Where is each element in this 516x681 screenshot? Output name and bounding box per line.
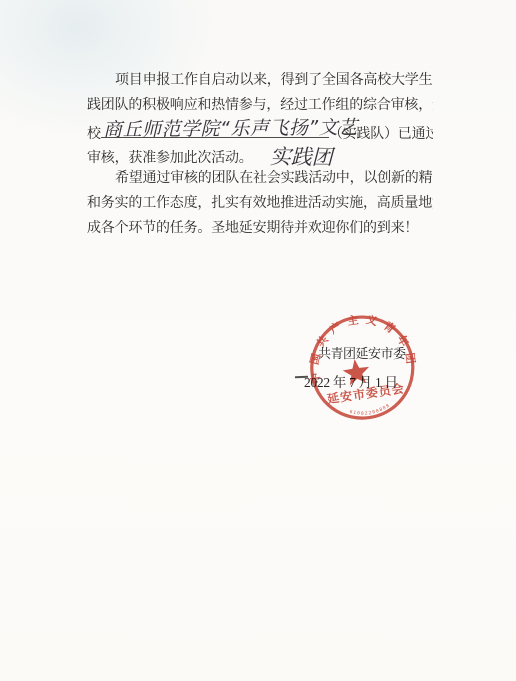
body-line-1: 项目申报工作自启动以来，得到了全国各高校大学生实 (87, 69, 433, 94)
scanned-letter-page: 项目申报工作自启动以来，得到了全国各高校大学生实 践团队的积极响应和热情参与，经… (0, 0, 516, 681)
body-line-7: 成各个环节的任务。圣地延安期待并欢迎你们的到来！ (87, 217, 433, 242)
seal-ring-text-holder: 中国共产主义青年团 (306, 312, 419, 385)
line3-prefix-text: 校 (87, 123, 101, 148)
seal-star-icon (341, 357, 371, 386)
handwritten-school-name: 商丘师范学院“乐声飞扬”文艺 (103, 115, 327, 142)
seal-ring-text: 中国共产主义青年团 (306, 312, 419, 385)
body-line-3: 校 商丘师范学院“乐声飞扬”文艺 （实践队）已通过 (87, 118, 433, 143)
body-line-2: 践团队的积极响应和热情参与，经过工作组的综合审核，贵 (87, 94, 433, 119)
body-line-6: 和务实的工作态度，扎实有效地推进活动实施，高质量地完 (87, 192, 433, 217)
body-line-5: 希望通过审核的团队在社会实践活动中，以创新的精神 (87, 167, 433, 192)
seal-center-text: 延安市委员会 (326, 380, 405, 406)
letter-body: 项目申报工作自启动以来，得到了全国各高校大学生实 践团队的积极响应和热情参与，经… (87, 69, 433, 253)
official-seal: 中国共产主义青年团 延安市委员会 61082200888 (306, 312, 420, 426)
handwritten-team-note: 实践团 (269, 144, 332, 169)
handwriting-underline: 商丘师范学院“乐声飞扬”文艺 (101, 118, 329, 138)
